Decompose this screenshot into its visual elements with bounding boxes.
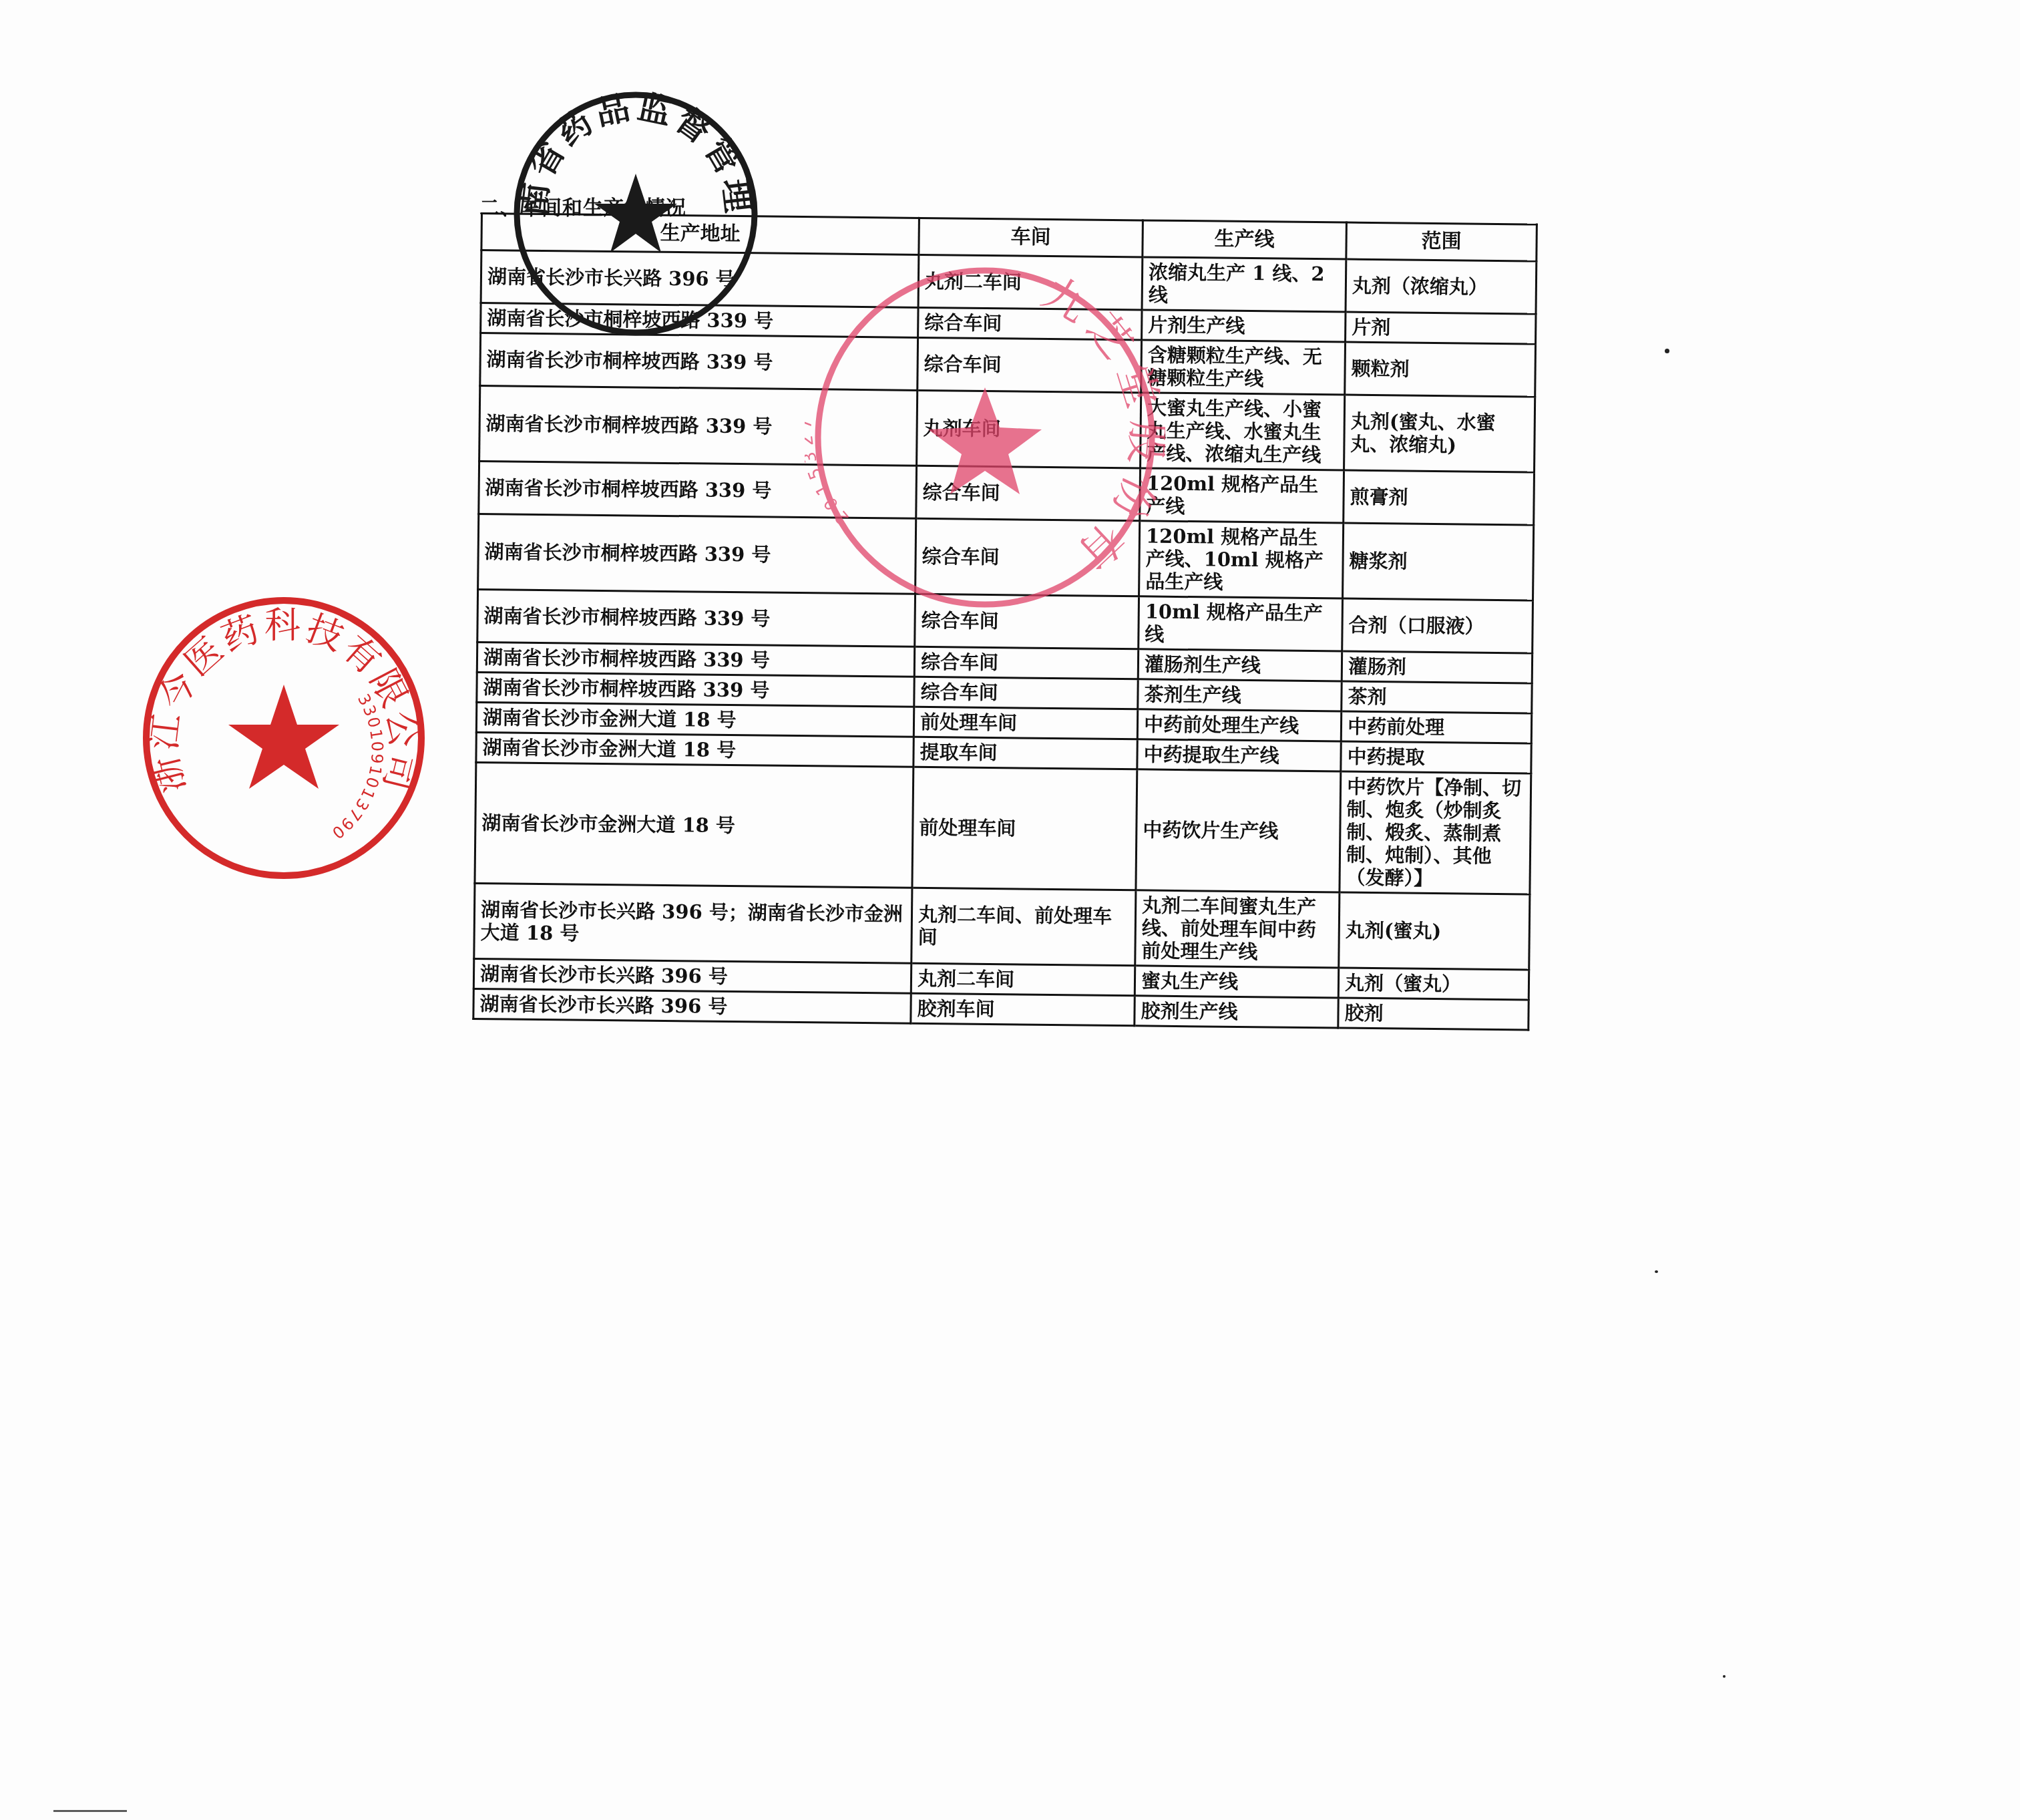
cell-workshop: 前处理车间 xyxy=(914,707,1137,739)
header-scope: 范围 xyxy=(1346,222,1537,261)
cell-scope: 茶剂 xyxy=(1342,681,1532,713)
header-address: 生产地址 xyxy=(481,214,920,255)
cell-workshop: 前处理车间 xyxy=(912,767,1137,890)
cell-address: 湖南省长沙市长兴路 396 号；湖南省长沙市金洲大道 18 号 xyxy=(474,883,912,963)
cell-workshop: 丸剂二车间 xyxy=(918,254,1143,310)
table-row: 湖南省长沙市桐梓坡西路 339 号综合车间120ml 规格产品生产线、10ml … xyxy=(478,514,1534,600)
cell-workshop: 丸剂车间 xyxy=(917,390,1141,468)
cell-address: 湖南省长沙市桐梓坡西路 339 号 xyxy=(477,672,914,707)
cell-scope: 胶剂 xyxy=(1338,998,1529,1030)
cell-address: 湖南省长沙市桐梓坡西路 339 号 xyxy=(477,642,914,677)
cell-address: 湖南省长沙市桐梓坡西路 339 号 xyxy=(477,589,916,647)
cell-workshop: 综合车间 xyxy=(916,518,1140,596)
cell-production-line: 120ml 规格产品生产线、10ml 规格产品生产线 xyxy=(1139,521,1344,598)
cell-production-line: 10ml 规格产品生产线 xyxy=(1139,596,1343,651)
cell-scope: 丸剂(蜜丸、水蜜丸、浓缩丸) xyxy=(1344,395,1535,472)
cell-workshop: 综合车间 xyxy=(918,337,1142,393)
table-row: 湖南省长沙市金洲大道 18 号前处理车间中药饮片生产线中药饮片【净制、切制、炮炙… xyxy=(475,762,1531,894)
cell-address: 湖南省长沙市金洲大道 18 号 xyxy=(475,762,914,888)
cell-address: 湖南省长沙市桐梓坡西路 339 号 xyxy=(479,386,918,466)
cell-address: 湖南省长沙市长兴路 396 号 xyxy=(473,958,911,993)
cell-workshop: 综合车间 xyxy=(916,466,1141,521)
seal-red-left-graphic: 浙江今医药科技有限公司 3301091013790 xyxy=(137,591,431,885)
cell-production-line: 120ml 规格产品生产线 xyxy=(1140,468,1344,523)
cell-production-line: 丸剂二车间蜜丸生产线、前处理车间中药前处理生产线 xyxy=(1135,890,1340,968)
cell-scope: 丸剂（蜜丸） xyxy=(1338,968,1529,1000)
table-body: 湖南省长沙市长兴路 396 号丸剂二车间浓缩丸生产 1 线、2 线丸剂（浓缩丸）… xyxy=(473,250,1537,1030)
scan-speck xyxy=(1665,349,1669,353)
cell-address: 湖南省长沙市桐梓坡西路 339 号 xyxy=(478,514,916,594)
header-production-line: 生产线 xyxy=(1143,220,1347,259)
cell-production-line: 蜜丸生产线 xyxy=(1135,966,1338,998)
cell-production-line: 胶剂生产线 xyxy=(1135,996,1338,1028)
cell-production-line: 中药前处理生产线 xyxy=(1137,709,1341,741)
cell-scope: 颗粒剂 xyxy=(1345,342,1536,397)
svg-text:浙江今医药科技有限公司: 浙江今医药科技有限公司 xyxy=(142,604,425,797)
cell-workshop: 综合车间 xyxy=(914,677,1138,709)
cell-scope: 丸剂（浓缩丸） xyxy=(1346,259,1537,314)
cell-scope: 煎膏剂 xyxy=(1344,470,1535,525)
cell-workshop: 提取车间 xyxy=(914,737,1137,769)
cell-scope: 中药提取 xyxy=(1341,741,1531,773)
cell-workshop: 丸剂二车间 xyxy=(911,963,1135,996)
cell-address: 湖南省长沙市长兴路 396 号 xyxy=(473,988,911,1023)
cell-address: 湖南省长沙市桐梓坡西路 339 号 xyxy=(479,461,917,518)
cell-workshop: 综合车间 xyxy=(918,307,1142,340)
cell-scope: 片剂 xyxy=(1346,312,1536,344)
cell-address: 湖南省长沙市金洲大道 18 号 xyxy=(476,732,914,767)
scan-speck xyxy=(1655,1270,1658,1273)
star-icon xyxy=(228,685,339,789)
cell-production-line: 茶剂生产线 xyxy=(1138,679,1342,711)
workshop-production-line-table: 生产地址 车间 生产线 范围 湖南省长沙市长兴路 396 号丸剂二车间浓缩丸生产… xyxy=(472,212,1538,1031)
cell-scope: 丸剂(蜜丸) xyxy=(1339,892,1530,970)
cell-scope: 合剂（口服液） xyxy=(1342,598,1533,653)
red-company-seal-left: 浙江今医药科技有限公司 3301091013790 xyxy=(137,591,431,885)
cell-production-line: 中药提取生产线 xyxy=(1137,739,1341,771)
cell-production-line: 含糖颗粒生产线、无糖颗粒生产线 xyxy=(1141,340,1346,395)
cell-address: 湖南省长沙市桐梓坡西路 339 号 xyxy=(480,333,918,391)
cell-production-line: 中药饮片生产线 xyxy=(1136,769,1341,892)
cell-production-line: 灌肠剂生产线 xyxy=(1138,649,1342,681)
cell-workshop: 胶剂车间 xyxy=(911,993,1135,1026)
cell-workshop: 综合车间 xyxy=(915,594,1139,649)
cell-scope: 糖浆剂 xyxy=(1343,523,1534,600)
cell-address: 湖南省长沙市长兴路 396 号 xyxy=(481,250,919,308)
cell-production-line: 片剂生产线 xyxy=(1142,310,1346,342)
cell-production-line: 大蜜丸生产线、小蜜丸生产线、水蜜丸生产线、浓缩丸生产线 xyxy=(1141,393,1345,470)
table-row: 湖南省长沙市桐梓坡西路 339 号丸剂车间大蜜丸生产线、小蜜丸生产线、水蜜丸生产… xyxy=(479,386,1535,473)
cell-scope: 灌肠剂 xyxy=(1342,651,1532,683)
table-row: 湖南省长沙市长兴路 396 号；湖南省长沙市金洲大道 18 号丸剂二车间、前处理… xyxy=(474,883,1530,970)
cell-workshop: 综合车间 xyxy=(914,647,1138,679)
cell-production-line: 浓缩丸生产 1 线、2 线 xyxy=(1142,257,1346,312)
scan-edge-mark xyxy=(53,1810,127,1812)
scan-speck xyxy=(1723,1675,1726,1678)
svg-text:3301091013790: 3301091013790 xyxy=(327,691,387,843)
cell-scope: 中药前处理 xyxy=(1341,711,1531,743)
cell-workshop: 丸剂二车间、前处理车间 xyxy=(912,888,1136,966)
cell-address: 湖南省长沙市桐梓坡西路 339 号 xyxy=(481,303,918,338)
cell-scope: 中药饮片【净制、切制、炮炙（炒制炙制、煅炙、蒸制煮制、炖制）、其他（发酵）】 xyxy=(1340,771,1531,894)
header-workshop: 车间 xyxy=(919,218,1143,257)
cell-address: 湖南省长沙市金洲大道 18 号 xyxy=(476,702,914,737)
